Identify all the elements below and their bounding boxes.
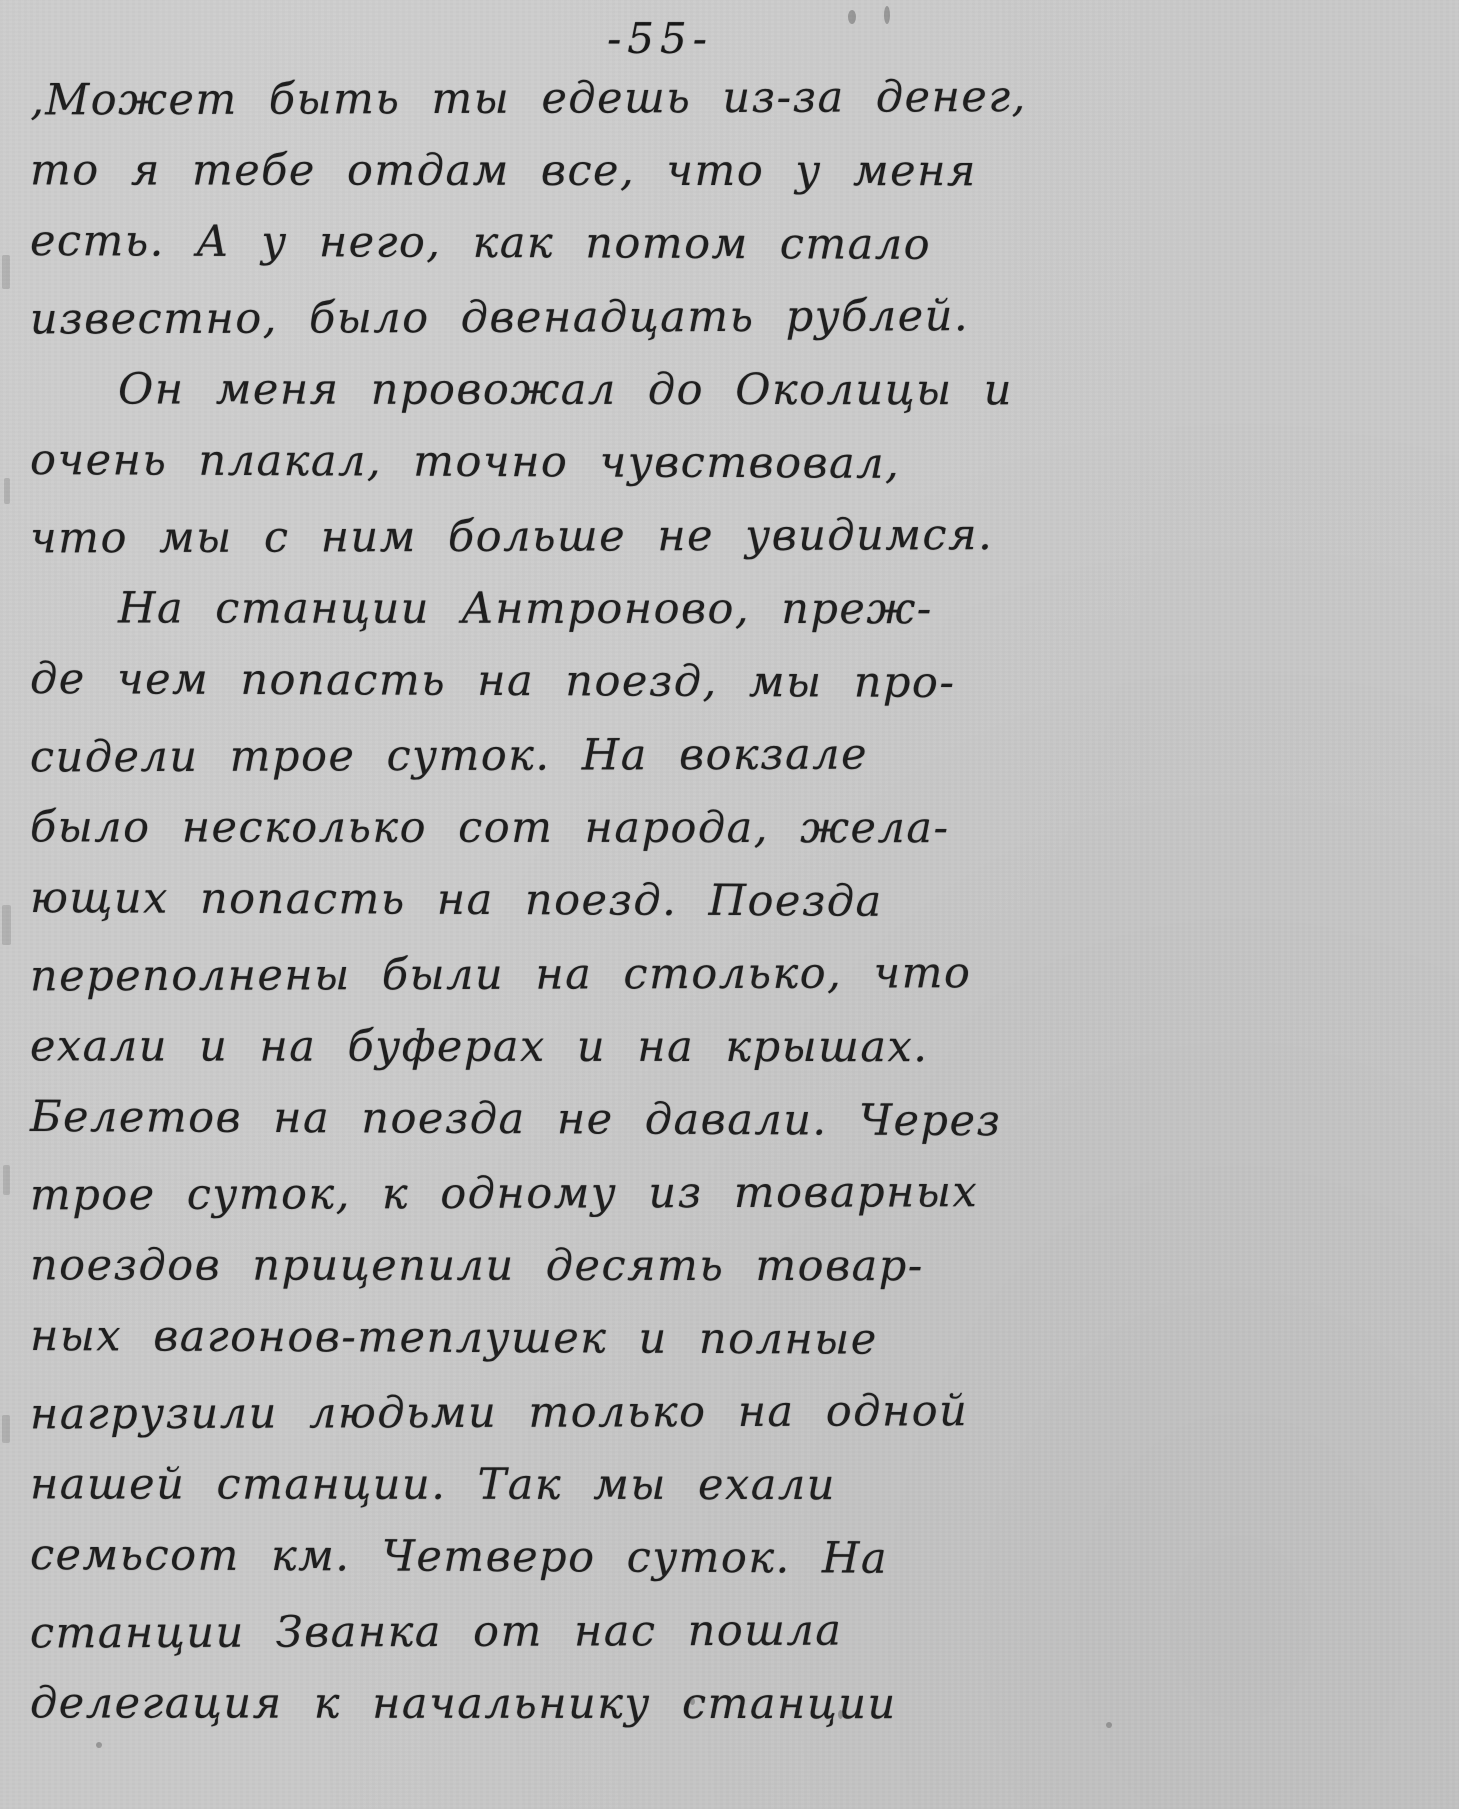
text-line: очень плакал, точно чувствовал,: [30, 424, 1421, 503]
text-line: есть. А у него, как потом стало: [30, 205, 1421, 284]
text-line: ехали и на буферах и на крышах.: [30, 1010, 1421, 1084]
text-line: то я тебе отдам все, что у меня: [30, 134, 1421, 208]
text-line: делегация к начальнику станции: [30, 1667, 1421, 1741]
text-line: нашей станции. Так мы ехали: [30, 1448, 1421, 1522]
ink-speck: [690, 1698, 695, 1705]
text-line: ‚Может быть ты едешь из-за денег,: [30, 60, 1421, 138]
ink-speck: [1106, 1722, 1112, 1728]
text-line: трое суток, к одному из товарных: [30, 1155, 1421, 1233]
ink-smudge: [2, 255, 10, 289]
text-line: ных вагонов-теплушек и полные: [30, 1300, 1421, 1379]
text-line: что мы с ним больше не увидимся.: [30, 498, 1421, 576]
text-line: нагрузили людьми только на одной: [30, 1374, 1421, 1452]
ink-speck: [848, 10, 856, 24]
ink-speck: [96, 1742, 102, 1748]
manuscript-page: -55- ‚Может быть ты едешь из-за денег, т…: [0, 0, 1459, 1809]
text-line: было несколько сот народа, жела-: [30, 791, 1421, 865]
page-number: -55-: [0, 14, 1320, 63]
text-line: Белетов на поезда не давали. Через: [30, 1081, 1421, 1160]
text-line: сидели трое суток. На вокзале: [30, 717, 1421, 795]
text-line: Он меня провожал до Околицы и: [30, 353, 1421, 427]
handwritten-text-block: ‚Может быть ты едешь из-за денег, то я т…: [30, 62, 1421, 1741]
ink-speck: [884, 6, 890, 24]
text-line: ющих попасть на поезд. Поезда: [30, 862, 1421, 941]
text-line: де чем попасть на поезд, мы про-: [30, 643, 1421, 722]
ink-smudge: [2, 905, 11, 945]
ink-smudge: [4, 478, 10, 504]
text-line: переполнены были на столько, что: [30, 936, 1421, 1014]
text-line: семьсот км. Четверо суток. На: [30, 1519, 1421, 1598]
ink-smudge: [2, 1415, 10, 1443]
ink-speck: [838, 1710, 843, 1719]
ink-smudge: [3, 1165, 10, 1195]
text-line: известно, было двенадцать рублей.: [30, 279, 1421, 357]
text-line: поездов прицепили десять товар-: [30, 1229, 1421, 1303]
text-line: На станции Антроново, преж-: [30, 572, 1421, 646]
text-line: станции Званка от нас пошла: [30, 1593, 1421, 1671]
